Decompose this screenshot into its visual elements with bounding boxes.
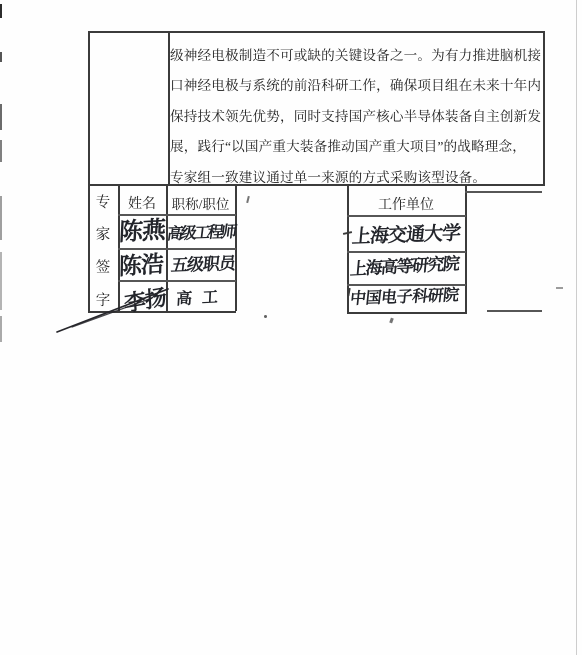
opinion-line-3: 保持技术领先优势，同时支持国产核心半导体装备自主创新发 — [170, 102, 542, 132]
sig-table-border-bottom-left — [88, 311, 236, 313]
opinion-line-4: 展，践行“以国产重大装备推动国产重大项目”的战略理念， — [170, 132, 542, 162]
scan-edge-mark — [0, 104, 2, 130]
sig-row-line — [347, 251, 466, 253]
expert-signature-label-char: 字 — [90, 289, 116, 310]
sig-table-border-bottom-right — [347, 312, 466, 314]
sig-row-line — [118, 280, 236, 282]
expert-signature-label-char: 家 — [90, 223, 116, 244]
sig-row-line — [347, 284, 466, 286]
sig-row-line — [347, 215, 466, 217]
opinion-line-5: 专家组一致建议通过单一来源的方式采购该型设备。 — [170, 163, 542, 193]
sig-row-line — [118, 214, 236, 216]
scan-edge-mark — [0, 4, 2, 18]
scan-edge-line — [576, 0, 577, 655]
scan-edge-mark — [0, 252, 2, 310]
sig-row-line — [118, 248, 236, 250]
ink-speck — [556, 287, 563, 289]
signature-title-handwriting: 高工 — [176, 290, 229, 309]
signature-name-handwriting: 陈燕 — [118, 219, 165, 246]
signature-title-handwriting: 五级职员 — [170, 255, 236, 274]
table-border-left-top — [88, 31, 90, 186]
sig-rightcol-bottom-line — [487, 310, 542, 312]
expert-opinion-text: 级神经电极制造不可或缺的关键设备之一。为有力推进脑机接 口神经电极与系统的前沿科… — [170, 33, 542, 193]
header-title: 职称/职位 — [166, 193, 235, 213]
signature-unit-handwriting: 中国电子科研院 — [349, 288, 459, 308]
opinion-line-2: 口神经电极与系统的前沿科研工作，确保项目组在未来十年内 — [170, 71, 542, 101]
signature-title-handwriting: 高级工程师 — [166, 225, 235, 243]
table-border-right-top — [543, 31, 545, 186]
scan-edge-mark — [0, 316, 2, 342]
expert-signature-label-char: 专 — [90, 191, 116, 212]
ink-speck — [264, 315, 267, 318]
scanned-document-page: 级神经电极制造不可或缺的关键设备之一。为有力推进脑机接 口神经电极与系统的前沿科… — [0, 0, 582, 655]
scan-edge-mark — [0, 140, 2, 162]
opinion-line-1: 级神经电极制造不可或缺的关键设备之一。为有力推进脑机接 — [170, 41, 542, 71]
scan-edge-mark — [0, 196, 2, 240]
signature-unit-handwriting: 上海交通大学 — [351, 224, 461, 247]
signature-unit-handwriting: 上海高等研究院 — [349, 255, 459, 278]
signature-name-handwriting: 陈浩 — [119, 252, 163, 278]
header-name: 姓名 — [118, 193, 166, 213]
ink-speck — [389, 318, 394, 324]
sig-col-divider-5 — [465, 184, 467, 314]
header-unit: 工作单位 — [347, 194, 465, 214]
scan-edge-mark — [0, 52, 2, 62]
ink-speck — [246, 196, 250, 203]
expert-signature-label-char: 签 — [90, 256, 116, 277]
